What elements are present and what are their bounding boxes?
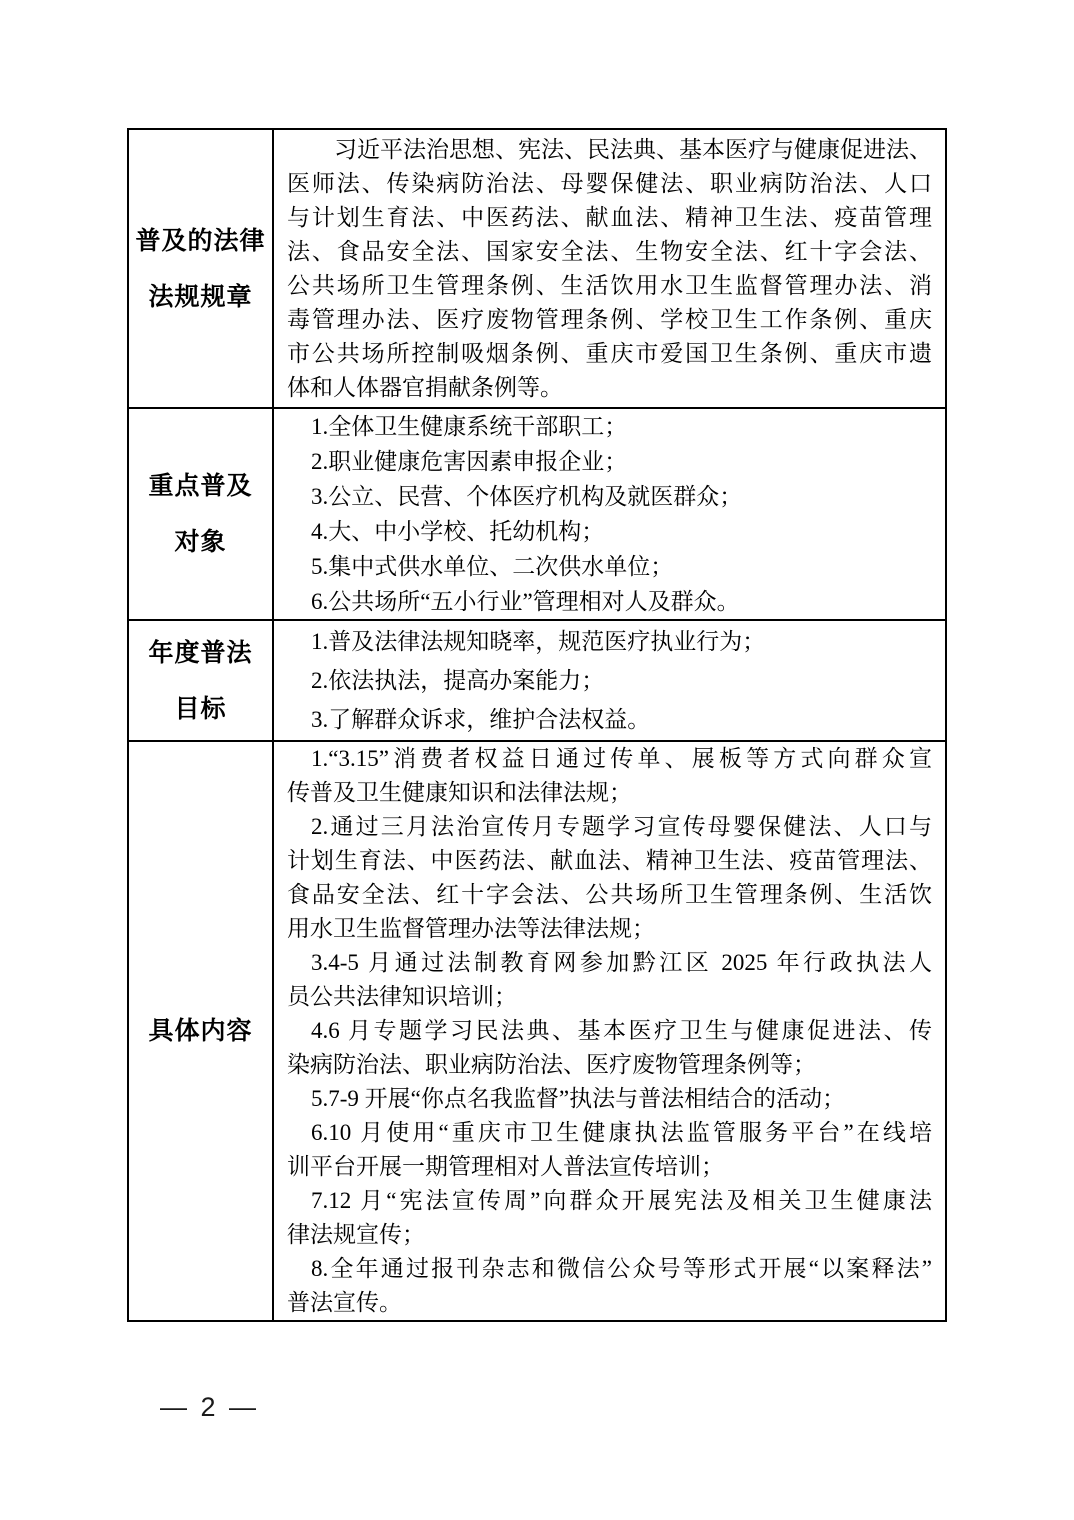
text-line: 5.7-9 开展“你点名我监督”执法与普法相结合的活动；	[287, 1082, 932, 1116]
text-line: 1.全体卫生健康系统干部职工；	[287, 409, 932, 444]
text-line: 4.大、中小学校、托幼机构；	[287, 514, 932, 549]
paragraph: 6.公共场所“五小行业”管理相对人及群众。	[287, 584, 932, 619]
text-line: 2.通过三月法治宣传月专题学习宣传母婴保健法、人口与	[287, 810, 932, 844]
text-line: 体和人体器官捐献条例等。	[287, 371, 932, 405]
paragraph: 7.12 月“宪法宣传周”向群众开展宪法及相关卫生健康法律法规宣传；	[287, 1184, 932, 1252]
text-line: 2.依法执法，提高办案能力；	[287, 661, 932, 700]
paragraph: 5.集中式供水单位、二次供水单位；	[287, 549, 932, 584]
header-label-line: 普及的法律	[135, 213, 265, 269]
text-line: 员公共法律知识培训；	[287, 980, 932, 1014]
header-label-line: 重点普及	[148, 458, 252, 514]
law-popularization-table: 普及的法律法规规章 习近平法治思想、宪法、民法典、基本医疗与健康促进法、医师法、…	[127, 128, 947, 1322]
text-line: 3.公立、民营、个体医疗机构及就医群众；	[287, 479, 932, 514]
header-label-line: 年度普法	[148, 625, 252, 681]
text-line: 计划生育法、中医药法、献血法、精神卫生法、疫苗管理法、	[287, 844, 932, 878]
text-line: 6.公共场所“五小行业”管理相对人及群众。	[287, 584, 932, 619]
paragraph: 1.全体卫生健康系统干部职工；	[287, 409, 932, 444]
paragraph: 2.职业健康危害因素申报企业；	[287, 444, 932, 479]
paragraph: 习近平法治思想、宪法、民法典、基本医疗与健康促进法、医师法、传染病防治法、母婴保…	[287, 133, 932, 405]
text-line: 食品安全法、红十字会法、公共场所卫生管理条例、生活饮	[287, 878, 932, 912]
text-line: 2.职业健康危害因素申报企业；	[287, 444, 932, 479]
paragraph: 2.通过三月法治宣传月专题学习宣传母婴保健法、人口与计划生育法、中医药法、献血法…	[287, 810, 932, 946]
paragraph: 4.大、中小学校、托幼机构；	[287, 514, 932, 549]
text-line: 普法宣传。	[287, 1286, 932, 1320]
table-row-key-targets: 重点普及对象 1.全体卫生健康系统干部职工；2.职业健康危害因素申报企业；3.公…	[129, 407, 945, 619]
text-line: 5.集中式供水单位、二次供水单位；	[287, 549, 932, 584]
header-label-line: 目标	[174, 681, 226, 737]
table-row-specific-content: 具体内容 1.“3.15”消费者权益日通过传单、展板等方式向群众宣传普及卫生健康…	[129, 740, 945, 1320]
text-line: 4.6 月专题学习民法典、基本医疗卫生与健康促进法、传	[287, 1014, 932, 1048]
text-line: 公共场所卫生管理条例、生活饮用水卫生监督管理办法、消	[287, 269, 932, 303]
text-line: 用水卫生监督管理办法等法律法规；	[287, 912, 932, 946]
page-number: — 2 —	[160, 1392, 259, 1423]
text-line: 8.全年通过报刊杂志和微信公众号等形式开展“以案释法”	[287, 1252, 932, 1286]
paragraph: 5.7-9 开展“你点名我监督”执法与普法相结合的活动；	[287, 1082, 932, 1116]
text-line: 1.普及法律法规知晓率，规范医疗执业行为；	[287, 622, 932, 661]
text-line: 染病防治法、职业病防治法、医疗废物管理条例等；	[287, 1048, 932, 1082]
row-header-specific-content: 具体内容	[129, 742, 274, 1320]
text-line: 1.“3.15”消费者权益日通过传单、展板等方式向群众宣	[287, 742, 932, 776]
text-line: 传普及卫生健康知识和法律法规；	[287, 776, 932, 810]
row-header-popularized-laws: 普及的法律法规规章	[129, 130, 274, 407]
row-content-annual-goals: 1.普及法律法规知晓率，规范医疗执业行为；2.依法执法，提高办案能力；3.了解群…	[274, 621, 945, 740]
paragraph: 6.10 月使用“重庆市卫生健康执法监管服务平台”在线培训平台开展一期管理相对人…	[287, 1116, 932, 1184]
text-line: 习近平法治思想、宪法、民法典、基本医疗与健康促进法、	[287, 133, 932, 167]
row-content-key-targets: 1.全体卫生健康系统干部职工；2.职业健康危害因素申报企业；3.公立、民营、个体…	[274, 409, 945, 619]
paragraph: 4.6 月专题学习民法典、基本医疗卫生与健康促进法、传染病防治法、职业病防治法、…	[287, 1014, 932, 1082]
paragraph: 3.公立、民营、个体医疗机构及就医群众；	[287, 479, 932, 514]
table-row-popularized-laws: 普及的法律法规规章 习近平法治思想、宪法、民法典、基本医疗与健康促进法、医师法、…	[129, 130, 945, 407]
row-content-popularized-laws: 习近平法治思想、宪法、民法典、基本医疗与健康促进法、医师法、传染病防治法、母婴保…	[274, 130, 945, 407]
text-line: 市公共场所控制吸烟条例、重庆市爱国卫生条例、重庆市遗	[287, 337, 932, 371]
text-line: 医师法、传染病防治法、母婴保健法、职业病防治法、人口	[287, 167, 932, 201]
paragraph: 3.4-5 月通过法制教育网参加黔江区 2025 年行政执法人员公共法律知识培训…	[287, 946, 932, 1014]
row-header-key-targets: 重点普及对象	[129, 409, 274, 619]
text-line: 训平台开展一期管理相对人普法宣传培训；	[287, 1150, 932, 1184]
paragraph: 1.普及法律法规知晓率，规范医疗执业行为；	[287, 622, 932, 661]
row-header-annual-goals: 年度普法目标	[129, 621, 274, 740]
text-line: 毒管理办法、医疗废物管理条例、学校卫生工作条例、重庆	[287, 303, 932, 337]
header-label-line: 法规规章	[148, 269, 252, 325]
paragraph: 1.“3.15”消费者权益日通过传单、展板等方式向群众宣传普及卫生健康知识和法律…	[287, 742, 932, 810]
text-line: 6.10 月使用“重庆市卫生健康执法监管服务平台”在线培	[287, 1116, 932, 1150]
paragraph: 2.依法执法，提高办案能力；	[287, 661, 932, 700]
document-page: 普及的法律法规规章 习近平法治思想、宪法、民法典、基本医疗与健康促进法、医师法、…	[0, 0, 1074, 1520]
text-line: 7.12 月“宪法宣传周”向群众开展宪法及相关卫生健康法	[287, 1184, 932, 1218]
row-content-specific-content: 1.“3.15”消费者权益日通过传单、展板等方式向群众宣传普及卫生健康知识和法律…	[274, 742, 945, 1320]
text-line: 3.4-5 月通过法制教育网参加黔江区 2025 年行政执法人	[287, 946, 932, 980]
text-line: 与计划生育法、中医药法、献血法、精神卫生法、疫苗管理	[287, 201, 932, 235]
paragraph: 3.了解群众诉求，维护合法权益。	[287, 700, 932, 739]
header-label-line: 对象	[174, 514, 226, 570]
header-label-line: 具体内容	[148, 1003, 252, 1059]
text-line: 法、食品安全法、国家安全法、生物安全法、红十字会法、	[287, 235, 932, 269]
text-line: 律法规宣传；	[287, 1218, 932, 1252]
paragraph: 8.全年通过报刊杂志和微信公众号等形式开展“以案释法”普法宣传。	[287, 1252, 932, 1320]
table-row-annual-goals: 年度普法目标 1.普及法律法规知晓率，规范医疗执业行为；2.依法执法，提高办案能…	[129, 619, 945, 740]
text-line: 3.了解群众诉求，维护合法权益。	[287, 700, 932, 739]
